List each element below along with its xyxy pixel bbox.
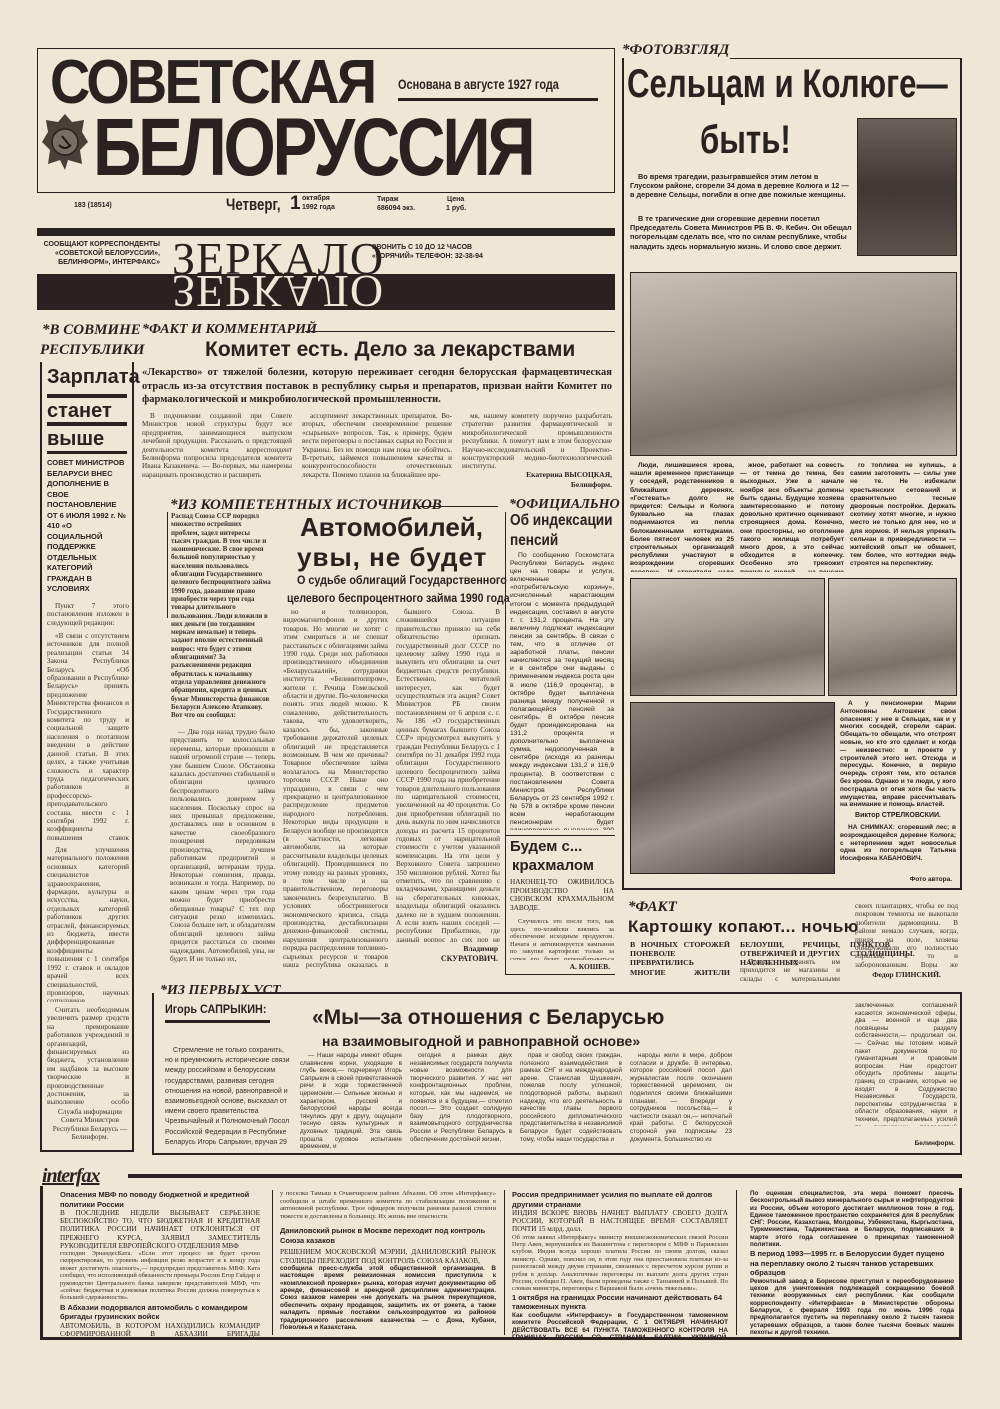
order-emblem-icon <box>40 112 90 172</box>
zerkalo-title-mirrored: ЗЕРКАЛО <box>172 268 384 314</box>
potatoes-headline: Картошку копают... ночью <box>628 917 859 937</box>
ambassador-speaker: Игорь САПРЫКИН: <box>165 1002 266 1016</box>
village-construction-photo <box>630 272 957 456</box>
sovmin-rule-3 <box>47 451 127 454</box>
interfax-logo: interfax <box>42 1165 100 1188</box>
cars-col-1: — Два года назад трудно было представить… <box>170 728 275 970</box>
sovmin-paragraph-3: Для улучшения материального положения ос… <box>47 846 129 1002</box>
issue-number: 183 (18514) <box>74 202 112 209</box>
sovmin-paragraph-4: Считать необходимым увеличить размер сре… <box>47 1006 129 1106</box>
burnt-forest-photo <box>857 118 957 256</box>
cars-author-last: СКУРАТОВИЧ. <box>420 954 498 963</box>
interfax-item-2-headline: В Абхазии подорвался автомобиль с команд… <box>60 1303 260 1322</box>
interfax-item-1-body: господин ЭрнандесКата. «Если этот процес… <box>60 1250 260 1302</box>
ambassador-headline-2: на взаимовыгодной и равноправной основе» <box>322 1033 640 1049</box>
interfax-item-3-lead: РЕШЕНИЕМ МОСКОВСКОЙ МЭРИИ, ДАНИЛОВСКИЙ Р… <box>280 1248 496 1264</box>
ambassador-speaker-rule <box>165 1020 270 1023</box>
ambassador-rubric-rule <box>242 992 962 994</box>
pharma-lead: «Лекарство» от тяжелой болезни, которую … <box>142 366 612 407</box>
sovmin-rule-2 <box>47 422 127 426</box>
interfax-item-6-body: Ремонтный завод в Борисове приступил к п… <box>750 1278 954 1336</box>
pharma-rubric: *ФАКТ И КОММЕНТАРИЙ <box>142 322 317 338</box>
pensions-body: По сообщению Госкомстата Республики Бела… <box>510 552 614 830</box>
photo-feature-captions: НА СНИМКАХ: сгоревший лес; в возрождающе… <box>840 824 956 866</box>
potatoes-rubric: *ФАКТ <box>628 899 677 916</box>
photo-credit: Фото автора. <box>840 876 952 885</box>
pharma-headline: Комитет есть. Дело за лекарствами <box>205 338 575 362</box>
cars-col-3: бывшего Союза. В сложившейся ситуации пр… <box>396 608 500 942</box>
ambassador-col-5: заключенных соглашений касаются экономич… <box>855 1002 957 1126</box>
interfax-item-3-headline: Даниловский рынок в Москве переходит под… <box>280 1226 496 1245</box>
cars-headline-2: увы, не будет <box>297 542 487 573</box>
cars-intro: Распад Союза ССР породил множество остре… <box>171 512 271 724</box>
pharma-col-3: мя, нашему комитету поручено разработать… <box>462 412 612 470</box>
photo-feature-rubric: *ФОТОВЗГЛЯД <box>622 42 729 59</box>
pensions-headline-1: Об индексации <box>510 512 613 530</box>
interfax-item-1-lead: В ПОСЛЕДНИЕ НЕДЕЛИ ВЫЗЫВАЕТ СЕРЬЕЗНОЕ БЕ… <box>60 1209 260 1250</box>
ambassador-col-4: народы жили в мире, добром согласии и др… <box>630 1052 732 1152</box>
pharma-author: Екатерина ВЫСОЦКАЯ, <box>495 470 612 479</box>
starch-headline-1: Будем с... <box>510 838 582 855</box>
sovmin-headline-3: выше <box>47 428 104 451</box>
photo-feature-box-top <box>960 58 962 60</box>
sovmin-box-right <box>132 362 134 1152</box>
interfax-item-2-body: у поселка Тамыш в Очамчирском районе Абх… <box>280 1190 496 1220</box>
ambassador-col-1: — Наши народы имеют общие славянские кор… <box>300 1052 402 1152</box>
sovmin-rubric-1: *В СОВМИНЕ <box>42 322 141 339</box>
photo-feature-headline-2: быть! <box>700 118 791 162</box>
photo-feature-author: Виктор СТРЕЛКОВСКИЙ. <box>840 812 956 821</box>
interfax-item-1-headline: Опасения МВФ по поводу бюджетной и креди… <box>60 1190 260 1209</box>
price-label: Цена <box>447 196 464 203</box>
photo-feature-headline-1: Сельцам и Колюге— <box>627 62 948 106</box>
founded-underline <box>398 98 598 101</box>
photo-feature-col-3: го топлива не купишь, а самим заготовить… <box>850 462 956 572</box>
ambassador-col-2: сегодня в рамках двух независимых госуда… <box>410 1052 512 1152</box>
circulation-value: 686094 экз. <box>377 205 415 212</box>
ambassador-lead: Стремление не только сохранить, но и пре… <box>165 1046 290 1148</box>
sovmin-lead: СОВЕТ МИНИСТРОВ БЕЛАРУСИ ВНЕС ДОПОЛНЕНИЕ… <box>47 458 129 594</box>
interfax-divider-2 <box>504 1190 505 1335</box>
pharma-col-1: В подчинении созданной при Совете Минист… <box>142 412 292 494</box>
starch-body: Случилось это после того, как здесь по-х… <box>510 918 614 960</box>
photo-feature-col-1: Люди, лишившиеся крова, нашли временное … <box>630 462 734 572</box>
sovmin-paragraph-2: «В связи с отсутствием источников для по… <box>47 632 129 842</box>
interfax-col-3: Россия предпринимает усилия по выплате е… <box>512 1190 728 1338</box>
interfax-item-2-lead: АВТОМОБИЛЬ, В КОТОРОМ НАХОДИЛИСЬ КОМАНДИ… <box>60 1322 260 1338</box>
ambassador-agency: Белинформ. <box>880 1140 955 1147</box>
starch-headline-2: крахмалом <box>512 857 594 874</box>
interfax-item-4-lead: ИНДИЯ ВСКОРЕ ВНОВЬ НАЧНЕТ ВЫПЛАТУ СВОЕГО… <box>512 1209 728 1234</box>
interfax-col-2: у поселка Тамыш в Очамчирском районе Абх… <box>280 1190 496 1338</box>
interfax-item-3-body: сообщила пресс-служба этой общественной … <box>280 1265 496 1332</box>
interfax-box-left-tick <box>40 1186 43 1190</box>
interfax-item-4-headline: Россия предпринимает усилия по выплате е… <box>512 1190 728 1209</box>
interfax-item-5-headline: 1 октября на границах России начинают де… <box>512 1293 728 1312</box>
weekday: Четверг, <box>226 195 281 215</box>
date-day: 1 <box>290 193 301 215</box>
interfax-item-6-headline: В период 1993—1995 гг. в Белоруссии буде… <box>750 1249 954 1278</box>
potatoes-body-1: Правда, охранять им приходится не магази… <box>740 958 840 982</box>
interfax-divider-3 <box>736 1190 737 1335</box>
date-year: 1992 года <box>302 204 335 211</box>
cars-subhead-1: О судьбе облигаций Государственного <box>297 573 507 587</box>
cars-col-2: но и телевизоров, видеомагнитофонов и др… <box>283 608 388 970</box>
sovmin-rule-1 <box>47 394 127 398</box>
photo-feature-lead-1: Во время трагедии, разыгравшейся этим ле… <box>630 172 852 214</box>
interfax-top-rule <box>128 1174 962 1178</box>
starch-lead: НАКОНЕЦ-ТО ОЖИВИЛОСЬ ПРОИЗВОДСТВО НА СНО… <box>510 878 614 912</box>
sovmin-headline-2: станет <box>47 400 112 423</box>
interfax-item-5-body: По оценкам специалистов, эта мера поможе… <box>750 1190 954 1248</box>
price-value: 1 руб. <box>446 205 466 212</box>
sovmin-headline-1: Зарплата <box>47 366 140 389</box>
hotline-phone: «ГОРЯЧИЙ» ТЕЛЕФОН: 32-38-94 <box>372 253 483 260</box>
circulation-label: Тираж <box>377 196 398 203</box>
photo-feature-col-2: жное, работают на совесть — от темна до … <box>740 462 844 572</box>
sovmin-signature: Служба информации Совета Министров Респу… <box>52 1108 128 1148</box>
cars-subhead-2: целевого беспроцентного займа 1990 года <box>287 591 510 605</box>
ambassador-headline-1: «Мы—за отношения с Беларусью <box>312 1006 664 1030</box>
interfax-item-4-body: Об этом заявил «Интерфаксу» министр внеш… <box>512 1234 728 1293</box>
cars-author-first: Владимир <box>420 944 498 953</box>
interfax-item-1: Опасения МВФ по поводу бюджетной и креди… <box>60 1190 260 1338</box>
sovmin-paragraph-1: Пункт 7 этого постановления изложен в сл… <box>47 602 129 628</box>
masthead-title-line2: БЕЛОРУССИЯ <box>93 108 532 188</box>
cars-rubric-rule <box>420 506 498 507</box>
potatoes-author: Федор ГЛИНСКИЙ. <box>855 970 958 979</box>
new-houses-photo <box>630 578 825 696</box>
pensions-headline-2: пенсий <box>510 532 558 550</box>
photo-feature-side-text: А у пенсионерки Марии Антоновны Антошенк… <box>840 700 956 812</box>
founded-label: Основана в августе 1927 года <box>398 76 559 92</box>
pensions-rubric: *ОФИЦИАЛЬНО <box>509 497 620 513</box>
ambassador-col-3: прав и свобод своих граждан, полезного в… <box>520 1052 622 1152</box>
sovmin-rubric-2: РЕСПУБЛИКИ <box>40 342 145 359</box>
pharma-agency: Белинформ. <box>495 480 612 489</box>
cars-headline-1: Автомобилей, <box>300 512 483 543</box>
crane-photo <box>828 578 957 696</box>
interfax-col-4: По оценкам специалистов, эта мера поможе… <box>750 1190 954 1338</box>
sovmin-box-left <box>40 362 42 1152</box>
pharma-rubric-rule <box>305 331 615 332</box>
hotline-hours: ЗВОНИТЬ С 10 ДО 12 ЧАСОВ <box>372 244 472 251</box>
pharma-col-2: ассортимент лекарственных препаратов. Во… <box>302 412 452 494</box>
potatoes-body-2: своих плантациях, чтобы ее под покровом … <box>855 902 958 968</box>
photo-feature-lead-2: В те трагические дни сгоревшие деревни п… <box>630 214 852 264</box>
date-month: октября <box>302 195 330 202</box>
sovmin-box-bottom <box>40 1150 134 1152</box>
correspondents-note: СООБЩАЮТ КОРРЕСПОНДЕНТЫ «СОВЕТСКОЙ БЕЛОР… <box>40 240 160 267</box>
cars-box-left <box>167 512 168 618</box>
starch-author: А. КОШЕВ. <box>510 962 610 971</box>
resident-portrait-photo <box>630 702 835 874</box>
interfax-item-5-lead: Как сообщили «Интерфаксу» в Государствен… <box>512 1312 728 1338</box>
interfax-divider-1 <box>272 1190 273 1335</box>
